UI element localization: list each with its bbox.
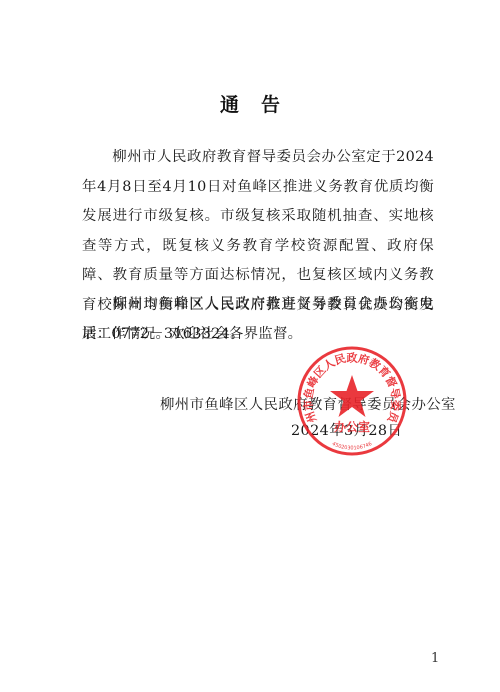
page-number: 1	[431, 651, 439, 666]
official-seal-stamp: 柳州市鱼峰区人民政府教育督导委员会 办公室 4502030106746	[296, 345, 408, 457]
document-page: 通告 柳州市人民政府教育督导委员会办公室定于2024年4月8日至4月10日对鱼峰…	[0, 0, 500, 692]
contact-paragraph: 柳州市鱼峰区人民政府教育督导委员会办公室电话：0772－3163324。	[82, 290, 434, 349]
star-icon	[330, 375, 374, 417]
stamp-serial: 4502030106746	[331, 441, 373, 451]
contact-paragraph-text: 柳州市鱼峰区人民政府教育督导委员会办公室电话：0772－3163324。	[82, 296, 434, 342]
stamp-center-text: 办公室	[334, 419, 370, 434]
document-title: 通告	[0, 90, 500, 117]
